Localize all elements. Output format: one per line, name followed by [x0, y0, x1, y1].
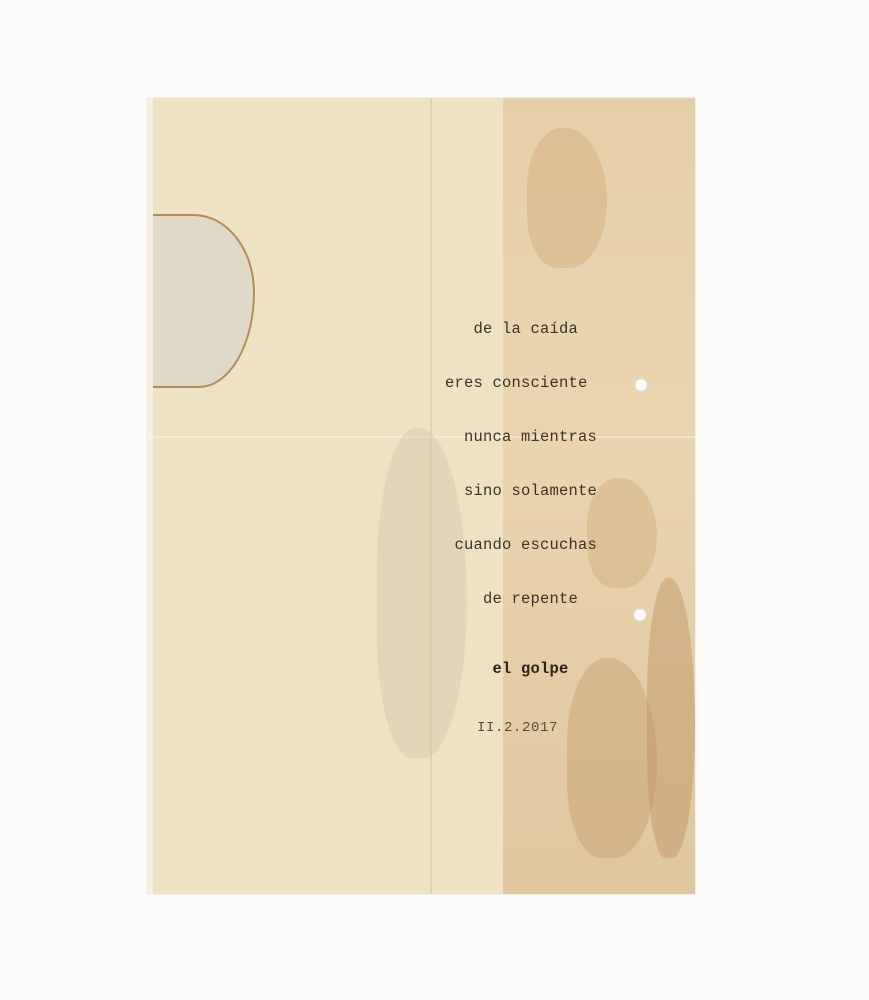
date-stamp: II.2.2017: [477, 720, 558, 736]
poem-line: de repente: [445, 590, 597, 608]
poem-line: sino solamente: [445, 482, 597, 500]
poem-closing-line: el golpe: [445, 660, 597, 678]
poem-line: nunca mientras: [445, 428, 597, 446]
punch-hole: [634, 378, 648, 392]
poem-line: de la caída: [445, 320, 597, 338]
paper-sheet: de la caída eres consciente nunca mientr…: [147, 98, 695, 894]
stain-patch: [587, 478, 657, 588]
stain-patch: [527, 128, 607, 268]
poem-line: cuando escuchas: [445, 536, 597, 554]
poem-text: de la caída eres consciente nunca mientr…: [445, 284, 597, 714]
poem-line: eres consciente: [445, 374, 597, 392]
water-stain: [153, 214, 255, 388]
punch-hole: [633, 608, 647, 622]
